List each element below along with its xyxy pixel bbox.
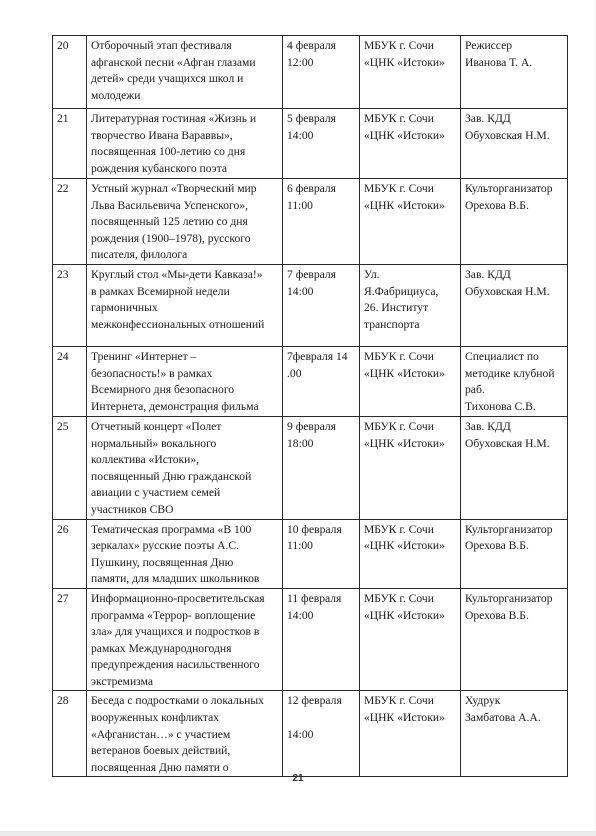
event-responsible: Зав. КДД Обуховская Н.М.	[461, 416, 568, 519]
event-place: МБУК г. Сочи «ЦНК «Истоки»	[360, 588, 461, 691]
event-title: Литературная гостиная «Жизнь и творчеств…	[87, 109, 283, 179]
table-row: 21 Литературная гостиная «Жизнь и творче…	[53, 109, 568, 179]
event-datetime: 7 февраля 14:00	[283, 264, 360, 346]
event-datetime: 5 февраля 14:00	[283, 109, 360, 179]
document-page: 20 Отборочный этап фестиваля афганской п…	[0, 0, 596, 832]
row-number: 24	[53, 346, 87, 416]
table-row: 22 Устный журнал «Творческий мир Льва Ва…	[53, 179, 568, 265]
event-datetime: 7февраля 14 .00	[283, 346, 360, 416]
event-place: Ул. Я.Фабрициуса, 26. Институт транспорт…	[360, 264, 461, 346]
event-responsible: Культорганизатор Орехова В.Б.	[461, 588, 568, 691]
event-responsible: Культорганизатор Орехова В.Б.	[461, 519, 568, 588]
event-datetime: 10 февраля 11:00	[283, 519, 360, 588]
table-row: 25 Отчетный концерт «Полет нормальный» в…	[53, 416, 568, 519]
row-number: 20	[53, 36, 87, 109]
event-title: Тренинг «Интернет – безопасность!» в рам…	[87, 346, 283, 416]
row-number: 27	[53, 588, 87, 691]
event-title: Круглый стол «Мы-дети Кавказа!» в рамках…	[87, 264, 283, 346]
event-responsible: Режиссер Иванова Т. А.	[461, 36, 568, 109]
event-place: МБУК г. Сочи «ЦНК «Истоки»	[360, 519, 461, 588]
row-number: 28	[53, 691, 87, 777]
table-row: 23 Круглый стол «Мы-дети Кавказа!» в рам…	[53, 264, 568, 346]
event-place: МБУК г. Сочи «ЦНК «Истоки»	[360, 691, 461, 777]
events-table: 20 Отборочный этап фестиваля афганской п…	[52, 35, 568, 777]
event-place: МБУК г. Сочи «ЦНК «Истоки»	[360, 109, 461, 179]
row-number: 22	[53, 179, 87, 265]
row-number: 25	[53, 416, 87, 519]
event-responsible: Зав. КДД Обуховская Н.М.	[461, 109, 568, 179]
event-responsible: Культорганизатор Орехова В.Б.	[461, 179, 568, 265]
event-title: Отборочный этап фестиваля афганской песн…	[87, 36, 283, 109]
event-title: Устный журнал «Творческий мир Льва Васил…	[87, 179, 283, 265]
event-title: Информационно-просветительская программа…	[87, 588, 283, 691]
table-row: 20 Отборочный этап фестиваля афганской п…	[53, 36, 568, 109]
table-row: 26 Тематическая программа «В 100 зеркала…	[53, 519, 568, 588]
row-number: 21	[53, 109, 87, 179]
table-row: 28 Беседа с подростками о локальных воор…	[53, 691, 568, 777]
viewer-bottom-edge	[0, 832, 596, 836]
event-datetime: 11 февраля 14:00	[283, 588, 360, 691]
event-responsible: Худрук Замбатова А.А.	[461, 691, 568, 777]
event-datetime: 4 февраля 12:00	[283, 36, 360, 109]
event-datetime: 6 февраля 11:00	[283, 179, 360, 265]
event-responsible: Специалист по методике клубной раб. Тихо…	[461, 346, 568, 416]
page-number: 21	[0, 773, 596, 784]
row-number: 26	[53, 519, 87, 588]
event-datetime: 9 февраля 18:00	[283, 416, 360, 519]
event-datetime: 12 февраля 14:00	[283, 691, 360, 777]
table-row: 24 Тренинг «Интернет – безопасность!» в …	[53, 346, 568, 416]
event-place: МБУК г. Сочи «ЦНК «Истоки»	[360, 179, 461, 265]
event-place: МБУК г. Сочи «ЦНК «Истоки»	[360, 346, 461, 416]
events-table-body: 20 Отборочный этап фестиваля афганской п…	[53, 36, 568, 777]
event-place: МБУК г. Сочи «ЦНК «Истоки»	[360, 416, 461, 519]
event-responsible: Зав. КДД Обуховская Н.М.	[461, 264, 568, 346]
event-title: Отчетный концерт «Полет нормальный» вока…	[87, 416, 283, 519]
event-place: МБУК г. Сочи «ЦНК «Истоки»	[360, 36, 461, 109]
event-title: Беседа с подростками о локальных вооруже…	[87, 691, 283, 777]
row-number: 23	[53, 264, 87, 346]
event-title: Тематическая программа «В 100 зеркалах» …	[87, 519, 283, 588]
table-row: 27 Информационно-просветительская програ…	[53, 588, 568, 691]
